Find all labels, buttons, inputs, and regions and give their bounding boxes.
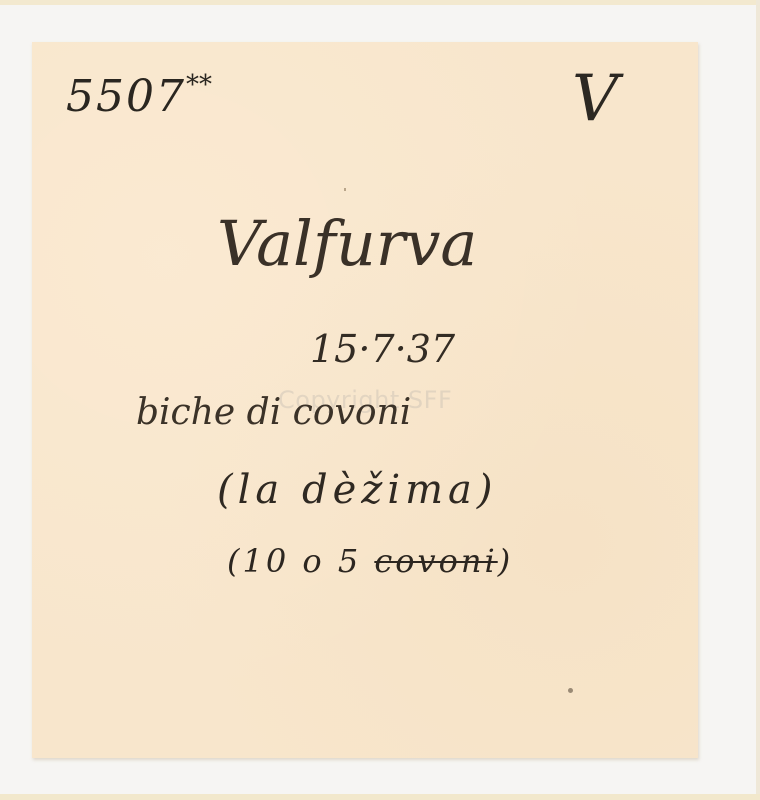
catalog-stars: **	[186, 70, 212, 100]
local-dialect-name: (la dèžima)	[217, 467, 498, 513]
note-prefix: (10 o 5	[227, 542, 374, 580]
top-edge-strip	[0, 0, 760, 5]
archive-card: 5507** V Valfurva 15·7·37 Copyright SFF …	[32, 42, 698, 758]
catalog-number-value: 5507	[66, 71, 186, 122]
note-suffix: )	[498, 542, 513, 580]
subject-description: biche di covoni	[136, 392, 411, 433]
date: 15·7·37	[310, 327, 455, 371]
right-edge-strip	[756, 0, 760, 800]
letter-mark: V	[572, 62, 618, 136]
place-name: Valfurva	[217, 207, 477, 280]
catalog-number: 5507**	[66, 70, 212, 122]
scan-background: 5507** V Valfurva 15·7·37 Copyright SFF …	[0, 0, 760, 800]
ink-speck	[344, 188, 346, 191]
paper-speck	[568, 688, 573, 693]
note-struck-word: covoni	[374, 542, 497, 580]
bottom-edge-strip	[0, 794, 760, 800]
quantity-note: (10 o 5 covoni)	[227, 542, 513, 580]
